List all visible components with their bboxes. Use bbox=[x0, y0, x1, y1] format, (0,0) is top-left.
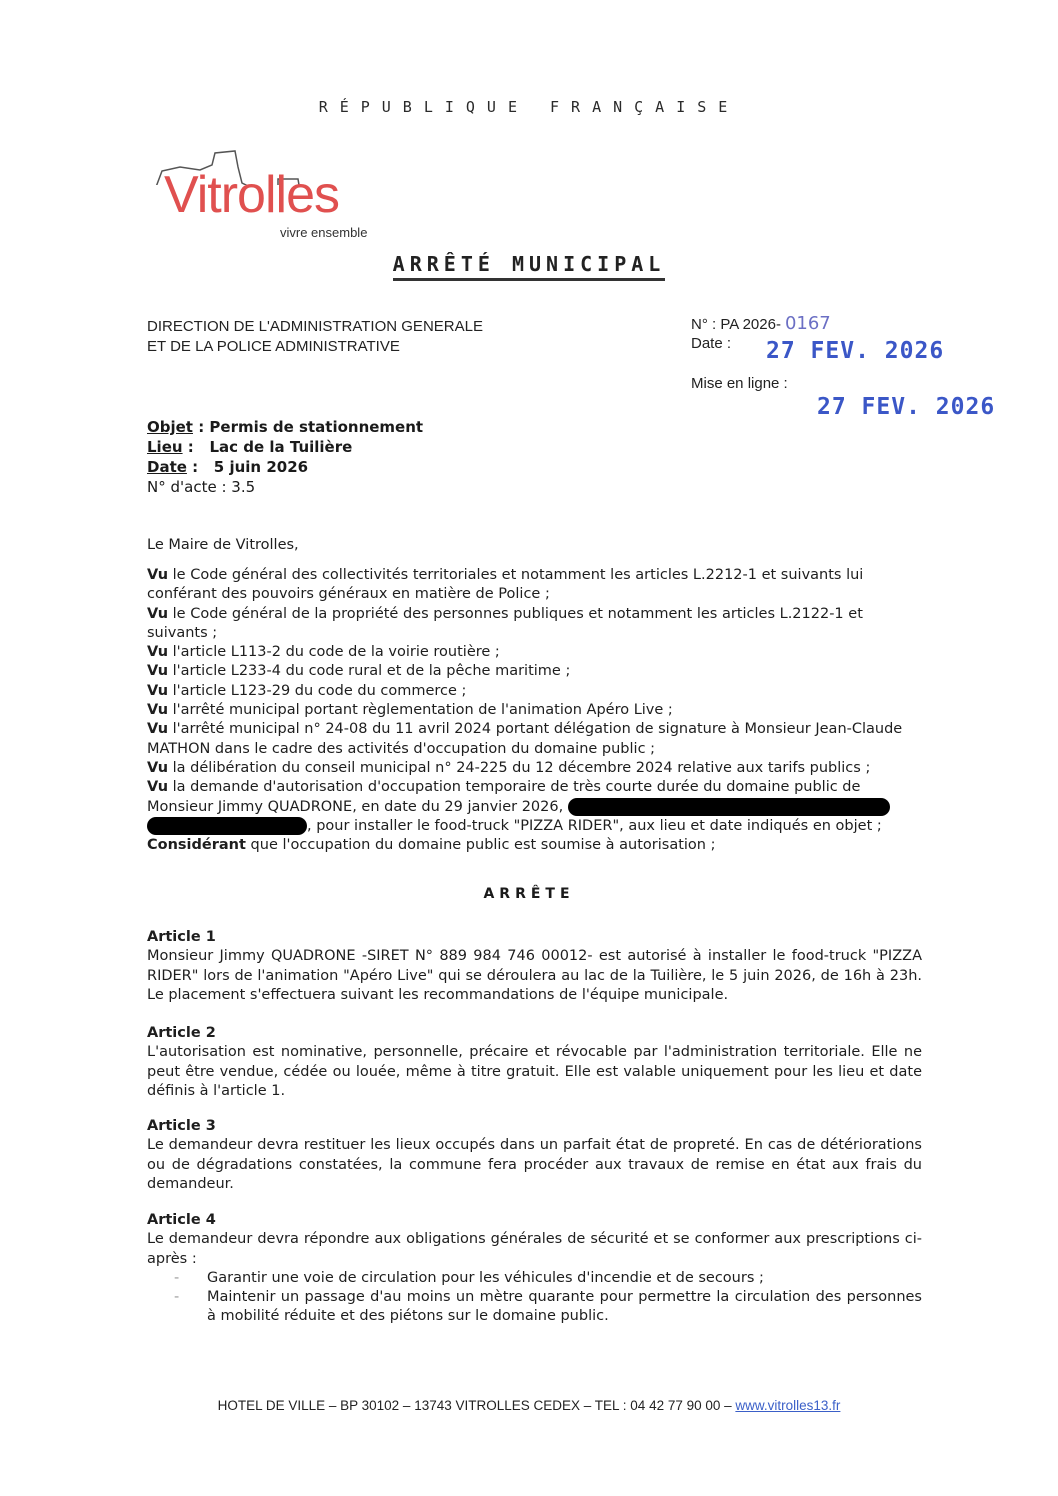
subject-block: Objet : Permis de stationnement Lieu : L… bbox=[147, 417, 423, 497]
document-title: ARRÊTÉ MUNICIPAL bbox=[0, 252, 1058, 276]
article-2: Article 2 L'autorisation est nominative,… bbox=[147, 1024, 922, 1101]
vitrolles-logo: Vitrolles vivre ensemble bbox=[150, 145, 410, 245]
website-link[interactable]: www.vitrolles13.fr bbox=[735, 1398, 840, 1413]
vu-item: Vu l'article L113-2 du code de la voirie… bbox=[147, 643, 922, 662]
footer: HOTEL DE VILLE – BP 30102 – 13743 VITROL… bbox=[0, 1398, 1058, 1413]
logo-tagline: vivre ensemble bbox=[280, 225, 367, 240]
republique-francaise-header: RÉPUBLIQUE FRANÇAISE bbox=[0, 98, 1058, 116]
online-label: Mise en ligne : bbox=[691, 375, 788, 392]
date-label: Date : bbox=[691, 335, 731, 352]
considerant-item: Considérant que l'occupation du domaine … bbox=[147, 836, 922, 855]
vu-item: Vu l'arrêté municipal n° 24-08 du 11 avr… bbox=[147, 720, 922, 759]
vu-item: Vu l'article L123-29 du code du commerce… bbox=[147, 682, 922, 701]
vu-item: Vu le Code général de la propriété des p… bbox=[147, 605, 922, 644]
article-4: Article 4 Le demandeur devra répondre au… bbox=[147, 1211, 922, 1327]
handwritten-number: 0167 bbox=[785, 313, 831, 334]
article-3: Article 3 Le demandeur devra restituer l… bbox=[147, 1117, 922, 1194]
date-stamp: 27 FEV. 2026 bbox=[766, 338, 944, 364]
prescriptions-list: Garantir une voie de circulation pour le… bbox=[147, 1269, 922, 1327]
article-1: Article 1 Monsieur Jimmy QUADRONE -SIRET… bbox=[147, 928, 922, 1005]
reference-number: N° : PA 2026-0167 bbox=[691, 313, 831, 334]
list-item: Garantir une voie de circulation pour le… bbox=[207, 1269, 922, 1288]
list-item: Maintenir un passage d'au moins un mètre… bbox=[207, 1288, 922, 1327]
online-stamp: 27 FEV. 2026 bbox=[817, 394, 995, 420]
arrete-heading: ARRÊTE bbox=[0, 886, 1058, 902]
logo-wordmark: Vitrolles bbox=[164, 169, 339, 221]
greeting: Le Maire de Vitrolles, bbox=[147, 536, 922, 555]
vu-item-demande: Vu la demande d'autorisation d'occupatio… bbox=[147, 778, 922, 836]
vu-item: Vu l'arrêté municipal portant règlementa… bbox=[147, 701, 922, 720]
vu-item: Vu l'article L233-4 du code rural et de … bbox=[147, 662, 922, 681]
redaction-block bbox=[147, 817, 307, 835]
issuing-direction: DIRECTION DE L'ADMINISTRATION GENERALE E… bbox=[147, 317, 483, 357]
vu-item: Vu le Code général des collectivités ter… bbox=[147, 566, 922, 605]
redaction-block bbox=[568, 798, 890, 816]
vu-item: Vu la délibération du conseil municipal … bbox=[147, 759, 922, 778]
preamble-list: Vu le Code général des collectivités ter… bbox=[147, 566, 922, 855]
